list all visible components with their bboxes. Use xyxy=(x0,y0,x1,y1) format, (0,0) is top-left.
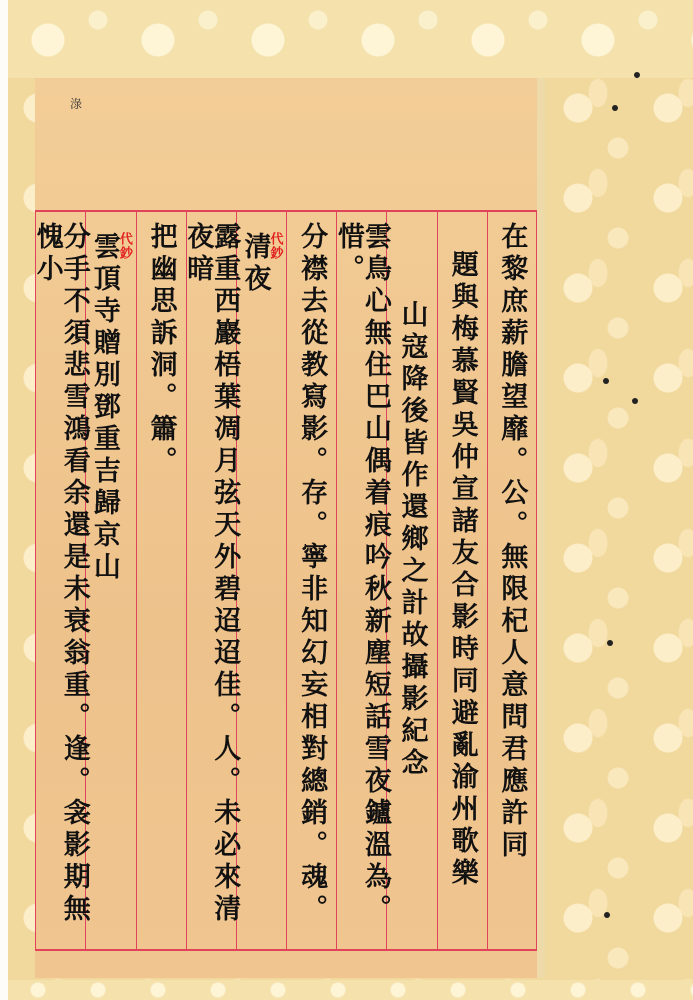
binding-hole xyxy=(634,72,640,78)
column-5: 分襟去從教寫影。存。寧非知幻妄相對總銷。魂。 xyxy=(286,212,336,949)
column-text: 分襟去從教寫影。存。寧非知幻妄相對總銷。魂。 xyxy=(298,222,325,926)
column-10: 分手不須悲雪鴻看余還是未衰翁重。逢。衾影期無愧小 xyxy=(35,212,85,949)
column-text: 山寇降後皆作還鄉之計故攝影紀念 xyxy=(399,300,426,780)
column-text: 把幽思訴洞。簫。 xyxy=(148,222,175,478)
column-2: 題與梅慕賢吳仲宣諸友合影時同避亂渝州歌樂 xyxy=(437,212,487,949)
binding-hole xyxy=(604,912,610,918)
column-text: 分手不須悲雪鴻看余還是未衰翁重。逢。衾影期無愧小 xyxy=(34,222,88,949)
column-3: 山寇降後皆作還鄉之計故攝影紀念 xyxy=(386,212,436,949)
column-content: 代鈔 清夜 xyxy=(241,232,281,296)
column-text: 露重西巖梧葉凋月弦天外碧迢迢佳。人。未必來清夜暗 xyxy=(184,222,238,949)
column-7: 露重西巖梧葉凋月弦天外碧迢迢佳。人。未必來清夜暗 xyxy=(186,212,236,949)
column-text: 清夜 xyxy=(239,232,270,296)
column-text: 在黎庶薪膽望靡。公。無限杞人意問君應許同 xyxy=(498,222,525,862)
paper-edge-strip xyxy=(537,78,545,978)
mounting-bottom-band xyxy=(8,980,693,1000)
column-text: 雲鳥心無住巴山偶着痕吟秋新塵短話雪夜鑪溫為。惜。 xyxy=(335,222,389,949)
column-1: 在黎庶薪膽望靡。公。無限杞人意問君應許同 xyxy=(487,212,537,949)
column-text: 雲頂寺贈別鄧重吉歸京山 xyxy=(89,232,120,584)
corner-mark: 淥 xyxy=(70,95,82,112)
column-6: 代鈔 清夜 xyxy=(236,212,286,949)
mounting-top-band xyxy=(8,0,693,79)
column-content: 代鈔 雲頂寺贈別鄧重吉歸京山 xyxy=(91,232,131,584)
binding-hole xyxy=(603,378,609,384)
column-8: 把幽思訴洞。簫。 xyxy=(136,212,186,949)
binding-hole xyxy=(632,398,638,404)
column-4: 雲鳥心無住巴山偶着痕吟秋新塵短話雪夜鑪溫為。惜。 xyxy=(336,212,386,949)
column-9: 代鈔 雲頂寺贈別鄧重吉歸京山 xyxy=(85,212,135,949)
column-text: 題與梅慕賢吳仲宣諸友合影時同避亂渝州歌樂 xyxy=(449,250,476,890)
binding-hole xyxy=(607,640,613,646)
binding-hole xyxy=(612,105,618,111)
ruled-column-grid: 在黎庶薪膽望靡。公。無限杞人意問君應許同 題與梅慕賢吳仲宣諸友合影時同避亂渝州歌… xyxy=(35,210,537,951)
